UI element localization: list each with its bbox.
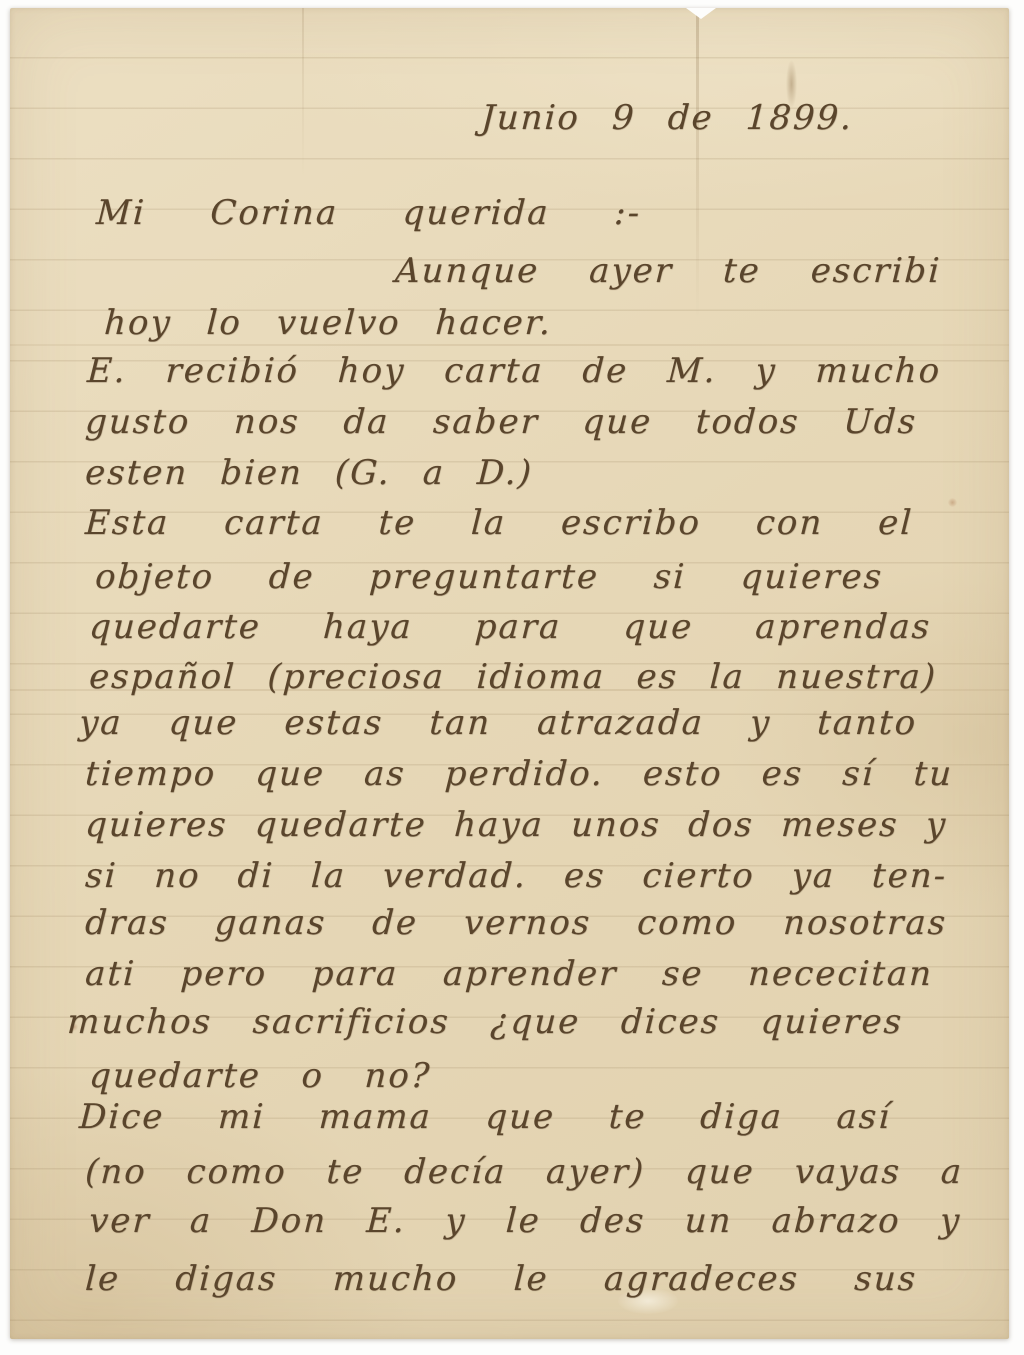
scanned-letter-page: Junio 9 de 1899. Mi Corina querida :- Au… (0, 0, 1024, 1355)
letter-line: gusto nos da saber que todos Uds (84, 400, 918, 444)
letter-line: quedarte haya para que aprendas (88, 605, 932, 649)
letter-line: ya que estas tan atrazada y tanto (78, 701, 918, 745)
foxing-spot (948, 498, 957, 507)
letter-line: hoy lo vuelvo hacer. (103, 301, 553, 345)
letter-line: español (preciosa idioma es la nuestra) (88, 655, 938, 699)
letter-line: muchos sacrificios ¿que dices quieres (66, 1000, 904, 1044)
letter-line: le digas mucho le agradeces sus (84, 1257, 918, 1301)
letter-line: Dice mi mama que te diga así (78, 1095, 892, 1139)
letter-line: quedarte o no? (88, 1054, 432, 1098)
letter-line: E. recibió hoy carta de M. y mucho (86, 349, 942, 393)
salutation-line: Mi Corina querida :- (95, 191, 642, 235)
letter-line: quieres quedarte haya unos dos meses y (84, 803, 948, 847)
letter-line: (no como te decía ayer) que vayas a (84, 1150, 964, 1194)
letter-line: esten bien (G. a D.) (84, 451, 534, 495)
letter-line: dras ganas de vernos como nosotras (84, 901, 948, 945)
letter-line: tiempo que as perdido. esto es sí tu (84, 752, 954, 796)
date-line: Junio 9 de 1899. (480, 96, 854, 140)
letter-line: Esta carta te la escribo con el (84, 501, 914, 545)
letter-line: ati pero para aprender se nececitan (84, 952, 934, 996)
letter-line: ver a Don E. y le des un abrazo y (88, 1199, 962, 1243)
letter-line: objeto de preguntarte si quieres (94, 555, 884, 599)
letter-line: si no di la verdad. es cierto ya ten- (84, 854, 948, 898)
letter-line: Aunque ayer te escribi (394, 249, 942, 293)
